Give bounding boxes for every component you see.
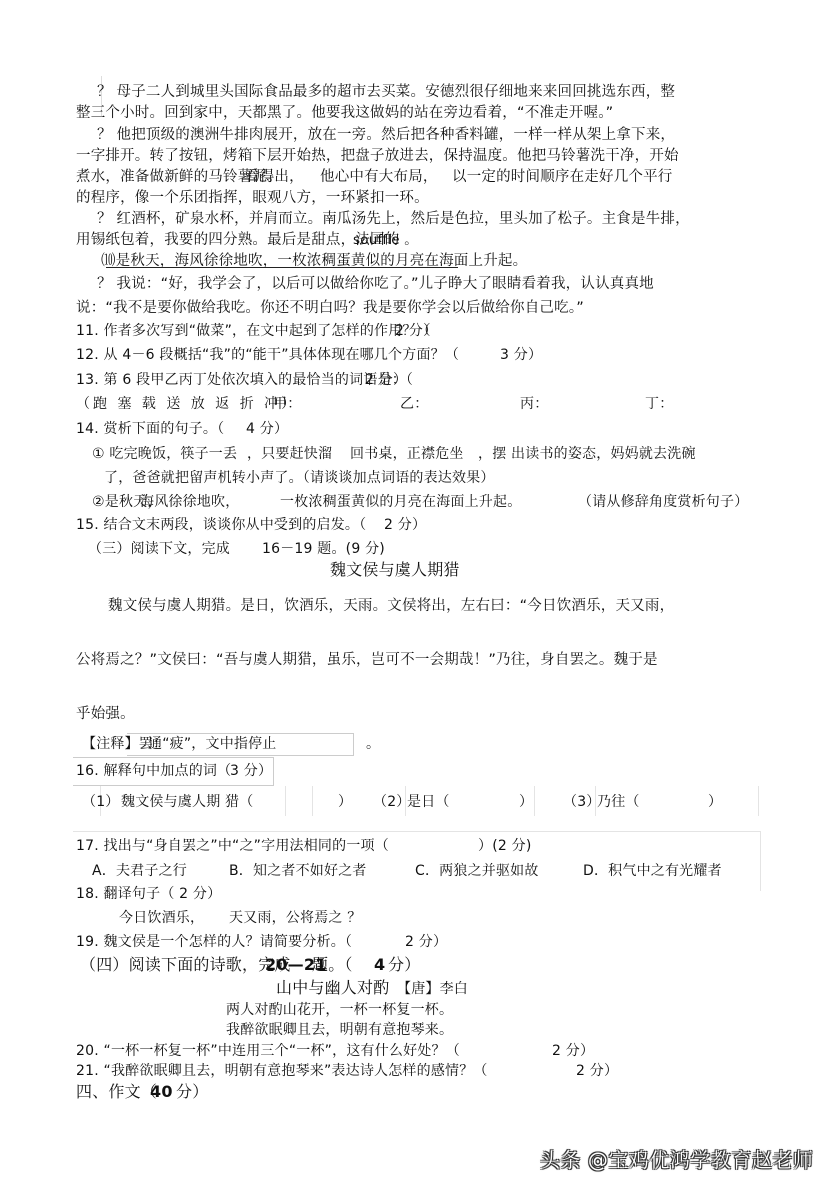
question-13-blank-bing: 丙： — [520, 394, 548, 414]
question-15-score: 2 分） — [384, 515, 426, 535]
question-16-2-text: 是日（ — [407, 792, 450, 812]
section5-heading-b: 40 — [150, 1082, 173, 1102]
passage-p2-line3c: 他心中有大布局， — [320, 167, 438, 187]
question-19-score: 2 分） — [405, 932, 447, 952]
question-12: 12. 从 4－6 段概括“我”的“能干”具体体现在哪几个方面？（ — [76, 345, 459, 365]
question-17-option-a: A．夫君子之行 — [92, 861, 187, 881]
passage-p3-line2b: souffle 。 — [353, 230, 418, 250]
question-16-3-text: 乃往（ — [597, 792, 640, 812]
passage-p2-line3d: 以一定的时间顺序在走好几个平行 — [452, 167, 673, 187]
question-16-2-close: ） — [519, 792, 533, 812]
poem-title: 山中与幽人对酌 — [276, 978, 389, 998]
question-13-blank-ding: 丁： — [645, 394, 673, 414]
note-end: 。 — [366, 734, 380, 754]
question-14-item1-b: ，只要赶快溜 — [247, 444, 332, 464]
question-18: 18. 翻译句子（ 2 分） — [76, 884, 221, 904]
q17-box-right — [760, 831, 761, 891]
passage-p5-line2: 说：“我不是要你做给我吃。你还不明白吗？我是要你学会以后做给你自己吃。” — [76, 298, 584, 318]
question-14-item2-c: 一枚浓稠蛋黄似的月亮在海面上升起。 — [280, 492, 521, 512]
question-17-score: ）(2 分) — [478, 836, 531, 856]
question-21: 21. “我醉欲眠卿且去，明朝有意抱琴来”表达诗人怎样的感情？（ — [76, 1061, 488, 1081]
poem-line2: 我醉欲眠卿且去，明朝有意抱琴来。 — [226, 1020, 453, 1040]
question-12-score: 3 分） — [500, 345, 542, 365]
section4-heading-a: （四）阅读下面的诗歌，完成 — [80, 955, 291, 975]
poem-line1: 两人对酌山花开，一杯一杯复一杯。 — [226, 1000, 453, 1020]
passage-p1-line2: 整三个小时。回到家中，天都黑了。他要我这做妈的站在旁边看着，“不准走开喔。” — [76, 103, 613, 123]
q17-box-top — [73, 831, 761, 832]
section5-heading-a: 四、作文（ — [76, 1082, 157, 1102]
q16-divider-7 — [758, 786, 759, 816]
section4-heading-e: 分） — [388, 955, 420, 975]
section3-heading-b: 16－19 题。(9 分) — [262, 539, 385, 559]
question-17-option-b: B．知之者不如好之者 — [229, 861, 367, 881]
question-18-text-b: 天又雨，公将焉之 ？ — [229, 908, 361, 928]
question-16-2-number: （2） — [373, 792, 411, 812]
question-14-item1-a: ① 吃完晚饭，筷子一丢 — [92, 444, 237, 464]
question-14-item1-d: ，摆 出读书的姿态，妈妈就去洗碗 — [478, 444, 696, 464]
section3-heading-a: （三）阅读下文，完成 — [88, 539, 230, 559]
question-13-blank-jia: 甲： — [273, 394, 301, 414]
question-19: 19. 魏文侯是一个怎样的人？请简要分析。（ — [76, 932, 352, 952]
question-16-1-close: ） — [338, 792, 352, 812]
passage-p1-line1: ？ 母子二人到城里头国际食品最多的超市去买菜。安德烈很仔细地来来回回挑选东西，整 — [97, 82, 675, 102]
question-15: 15. 结合文末两段，谈谈你从中受到的启发。（ — [76, 515, 366, 535]
question-14-item2-d: （请从修辞角度赏析句子） — [578, 492, 748, 512]
question-20-score: 2 分） — [552, 1041, 594, 1061]
passage-p4-underline — [106, 267, 458, 268]
question-17: 17. 找出与“身自罢之”中“之”字用法相同的一项（ — [76, 836, 389, 856]
section4-heading-c: 题。（ — [312, 955, 353, 975]
passage-p3-line1: ？ 红酒杯，矿泉水杯，并肩而立。南瓜汤先上，然后是色拉，里头加了松子。主食是牛排… — [97, 209, 690, 229]
section3-text-line2: 公将焉之？”文侯曰：“吾与虞人期猎，虽乐，岂可不一会期哉！”乃往，身自罢之。魏于… — [76, 650, 658, 670]
question-14: 14. 赏析下面的句子。（ — [76, 419, 224, 439]
question-17-option-c: C．两狼之并驱如故 — [415, 861, 539, 881]
question-21-score: 2 分） — [576, 1061, 618, 1081]
question-14-score: 4 分） — [246, 419, 288, 439]
question-11-score: 2 分） — [395, 321, 437, 341]
passage-p2-line2: 一字排开。转了按钮，烤箱下层开始热，把盘子放进去，保持温度。他把马铃薯洗干净，开… — [76, 146, 679, 166]
q16-divider-2 — [285, 786, 286, 816]
question-16-score: 3 分） — [230, 761, 272, 781]
section3-text-line3: 乎始强。 — [76, 704, 135, 724]
question-11: 11. 作者多次写到“做菜”，在文中起到了怎样的作用？（ — [76, 321, 431, 341]
question-18-text-a: 今日饮酒乐， — [119, 908, 204, 928]
q16-divider-5 — [534, 786, 535, 816]
section3-title: 魏文侯与虞人期猎 — [330, 560, 460, 580]
section5-heading-c: 分） — [176, 1082, 208, 1102]
question-17-option-d: D．积气中之有光耀者 — [583, 861, 722, 881]
question-16: 16. 解释句中加点的词（ — [76, 761, 231, 781]
passage-p5-line1: ？ 我说：“好，我学会了，以后可以做给你吃了。”儿子睁大了眼睛看着我，认认真真地 — [97, 274, 654, 294]
question-14-item2-b: 海风徐徐地吹， — [140, 492, 239, 512]
question-14-item1-line2: 了，爸爸就把留声机转小声了。（请谈谈加点词语的表达效果） — [104, 468, 495, 488]
question-20: 20. “一杯一杯复一杯”中连用三个“一杯”，这有什么好处？（ — [76, 1041, 460, 1061]
watermark: 头条 @宝鸡优鸿学教育赵老师 — [540, 1144, 813, 1173]
question-13-score: 2 分） — [365, 370, 407, 390]
section4-heading-d: 4 — [374, 955, 385, 975]
poem-author: 【唐】李白 — [397, 979, 468, 999]
section3-text-line1: 魏文侯与虞人期猎。是日，饮酒乐，天雨。文侯将出，左右曰：“今日饮酒乐，天又雨， — [108, 596, 674, 616]
note-text: 通“疲”，文中指停止 — [148, 734, 277, 754]
question-16-3-close: ） — [708, 792, 722, 812]
passage-p2-line1: ？ 他把顶级的澳洲牛排肉展开，放在一旁。然后把各种香料罐，一样一样从架上拿下来， — [97, 125, 675, 145]
question-16-1-text: 魏文侯与虞人期 猎（ — [121, 792, 253, 812]
question-14-item1-c: 回书桌，正襟危坐 — [350, 444, 464, 464]
question-13: 13. 第 6 段甲乙丙丁处依次填入的最恰当的词语是：（ — [76, 370, 413, 390]
question-13-word-bank: （跑 塞 载 送 放 返 折 冲） — [76, 394, 298, 414]
passage-p2-line3b: 看得出， — [245, 167, 304, 187]
question-16-1-number: （1） — [82, 792, 120, 812]
q16-divider-3 — [312, 786, 313, 816]
question-13-blank-yi: 乙： — [400, 394, 428, 414]
passage-p2-line4: 的程序，像一个乐团指挥，眼观八方，一环紧扣一环。 — [76, 188, 429, 208]
passage-p3-line2a: 用锡纸包着，我要的四分熟。最后是甜点，法国的 — [76, 230, 399, 250]
passage-p4-line1: ⑽是秋天，海风徐徐地吹，一枚浓稠蛋黄似的月亮在海面上升起。 — [101, 251, 527, 271]
question-16-3-number: （3） — [563, 792, 601, 812]
